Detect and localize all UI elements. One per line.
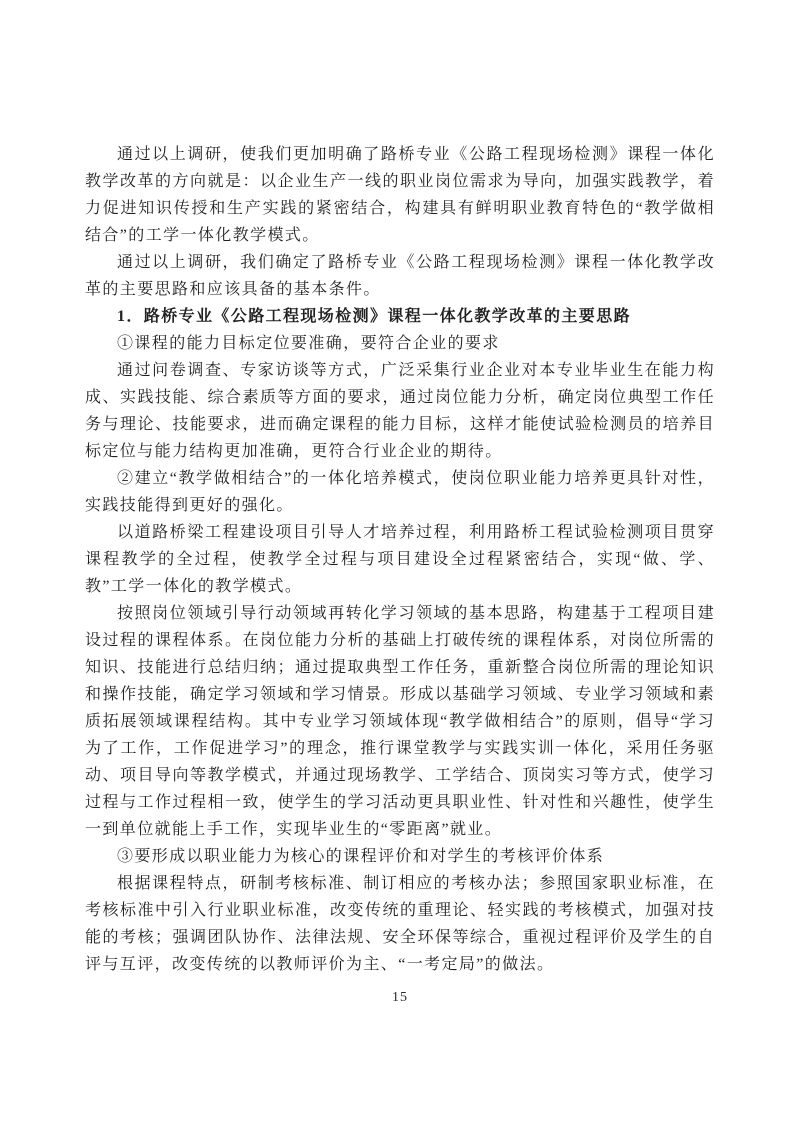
paragraph: 以道路桥梁工程建设项目引导人才培养过程，利用路桥工程试验检测项目贯穿课程教学的全…: [85, 519, 715, 600]
paragraph: 按照岗位领域引导行动领域再转化学习领域的基本思路，构建基于工程项目建设过程的课程…: [85, 600, 715, 843]
paragraph: ③要形成以职业能力为核心的课程评价和对学生的考核评价体系: [85, 843, 715, 870]
paragraph: 通过以上调研，使我们更加明确了路桥专业《公路工程现场检测》课程一体化教学改革的方…: [85, 141, 715, 249]
paragraph: 通过问卷调查、专家访谈等方式，广泛采集行业企业对本专业毕业生在能力构成、实践技能…: [85, 357, 715, 465]
paragraph: ②建立“教学做相结合”的一体化培养模式，使岗位职业能力培养更具针对性，实践技能得…: [85, 465, 715, 519]
page-number: 15: [0, 990, 800, 1006]
paragraph: ①课程的能力目标定位要准确，要符合企业的要求: [85, 330, 715, 357]
paragraph: 通过以上调研，我们确定了路桥专业《公路工程现场检测》课程一体化教学改革的主要思路…: [85, 249, 715, 303]
section-heading: 1．路桥专业《公路工程现场检测》课程一体化教学改革的主要思路: [85, 303, 715, 330]
paragraph: 根据课程特点，研制考核标准、制订相应的考核办法；参照国家职业标准，在考核标准中引…: [85, 870, 715, 978]
document-body: 通过以上调研，使我们更加明确了路桥专业《公路工程现场检测》课程一体化教学改革的方…: [85, 141, 715, 978]
document-page: 通过以上调研，使我们更加明确了路桥专业《公路工程现场检测》课程一体化教学改革的方…: [0, 0, 800, 1131]
